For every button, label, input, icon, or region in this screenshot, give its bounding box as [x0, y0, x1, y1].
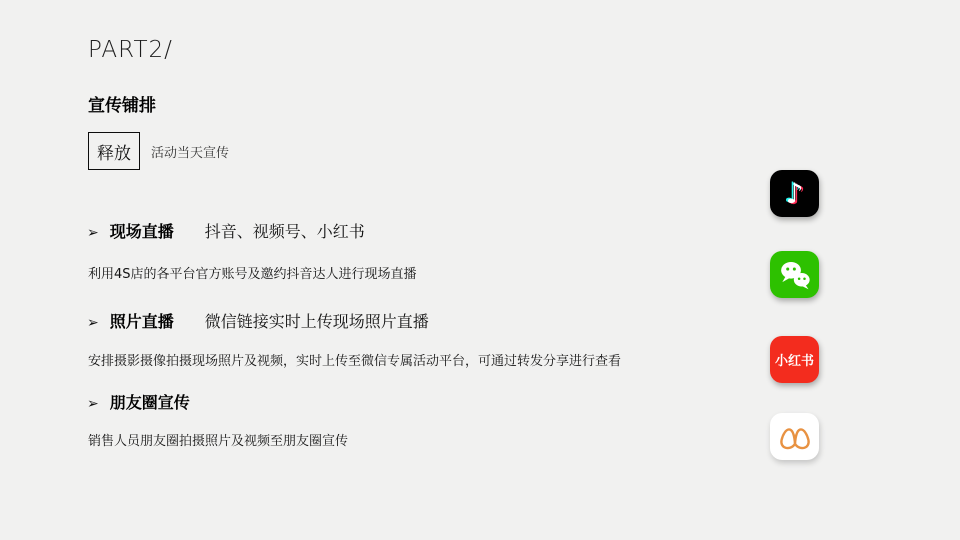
bullet-photo-stream: ➢ 照片直播 微信链接实时上传现场照片直播: [87, 309, 429, 332]
part-label: PART2/: [88, 37, 173, 63]
bullet-desc: 销售人员朋友圈拍摄照片及视频至朋友圈宣传: [88, 430, 348, 449]
bullet-moments-promo: ➢ 朋友圈宣传: [87, 390, 221, 413]
bullet-title: 现场直播: [110, 219, 174, 242]
xiaohongshu-label: 小红书: [775, 350, 814, 369]
wechat-channels-icon: [770, 413, 819, 460]
bullet-subtitle: 微信链接实时上传现场照片直播: [205, 309, 429, 332]
bullet-arrow-icon: ➢: [87, 225, 99, 241]
butterfly-icon: [775, 418, 815, 456]
bullet-arrow-icon: ➢: [87, 315, 99, 331]
bullet-subtitle: 抖音、视频号、小红书: [205, 219, 365, 242]
bullet-title: 朋友圈宣传: [110, 390, 190, 413]
release-tag-box: 释放: [88, 132, 140, 170]
douyin-icon: ♪: [770, 170, 819, 217]
bullet-desc: 安排摄影摄像拍摄现场照片及视频，实时上传至微信专属活动平台，可通过转发分享进行查…: [88, 350, 621, 369]
chat-bubbles-icon: [775, 256, 815, 294]
bullet-live-stream: ➢ 现场直播 抖音、视频号、小红书: [87, 219, 365, 242]
release-tag-row: 释放 活动当天宣传: [88, 132, 229, 170]
slide: { "slide": { "part_label": "PART2/", "se…: [0, 0, 960, 540]
bullet-title: 照片直播: [110, 309, 174, 332]
section-title: 宣传铺排: [88, 91, 156, 116]
release-tag-desc: 活动当天宣传: [151, 142, 229, 161]
xiaohongshu-icon: 小红书: [770, 336, 819, 383]
bullet-arrow-icon: ➢: [87, 396, 99, 412]
bullet-desc: 利用4S店的各平台官方账号及邀约抖音达人进行现场直播: [88, 263, 417, 282]
music-note-icon: ♪: [786, 180, 804, 208]
wechat-icon: [770, 251, 819, 298]
